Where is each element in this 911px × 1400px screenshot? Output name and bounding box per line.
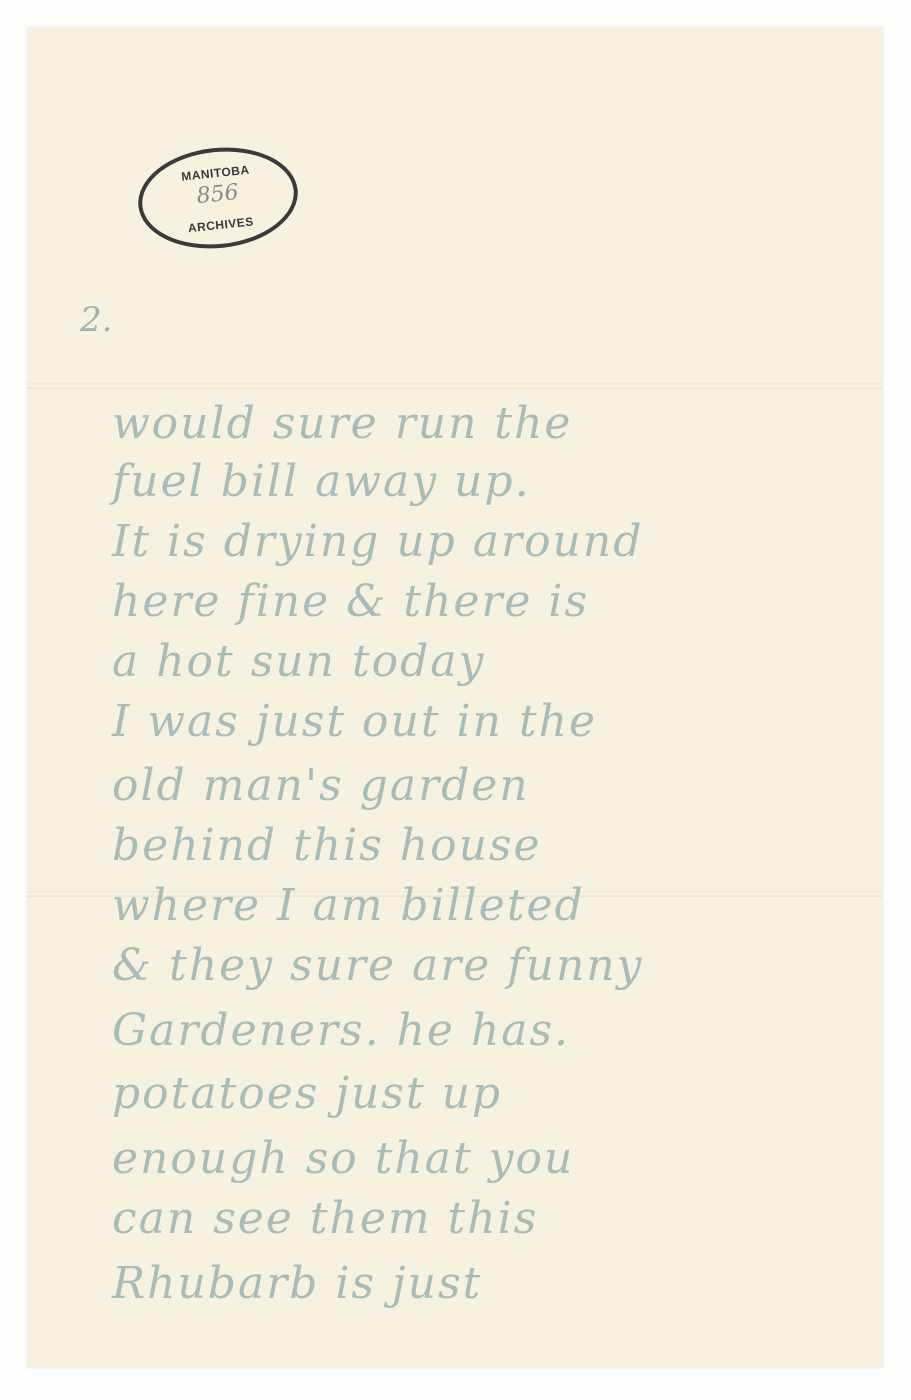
handwritten-line: behind this house (112, 820, 542, 871)
handwritten-line: can see them this (112, 1193, 538, 1244)
handwritten-line: I was just out in the (112, 696, 597, 747)
handwritten-line: here fine & there is (112, 576, 589, 627)
handwritten-line: a hot sun today (112, 636, 485, 687)
handwritten-line: enough so that you (112, 1133, 574, 1184)
handwritten-line: & they sure are funny (112, 940, 643, 991)
fold-line (27, 383, 883, 389)
page-number: 2. (80, 300, 112, 340)
handwritten-line: fuel bill away up. (112, 456, 531, 507)
handwritten-line: where I am billeted (112, 880, 585, 931)
handwritten-line: potatoes just up (112, 1068, 502, 1119)
handwritten-line: old man's garden (112, 760, 530, 811)
handwritten-line: Gardeners. he has. (112, 1005, 570, 1056)
handwritten-line: would sure run the (112, 398, 572, 449)
handwritten-line: Rhubarb is just (112, 1258, 482, 1309)
handwritten-line: It is drying up around (112, 516, 643, 567)
